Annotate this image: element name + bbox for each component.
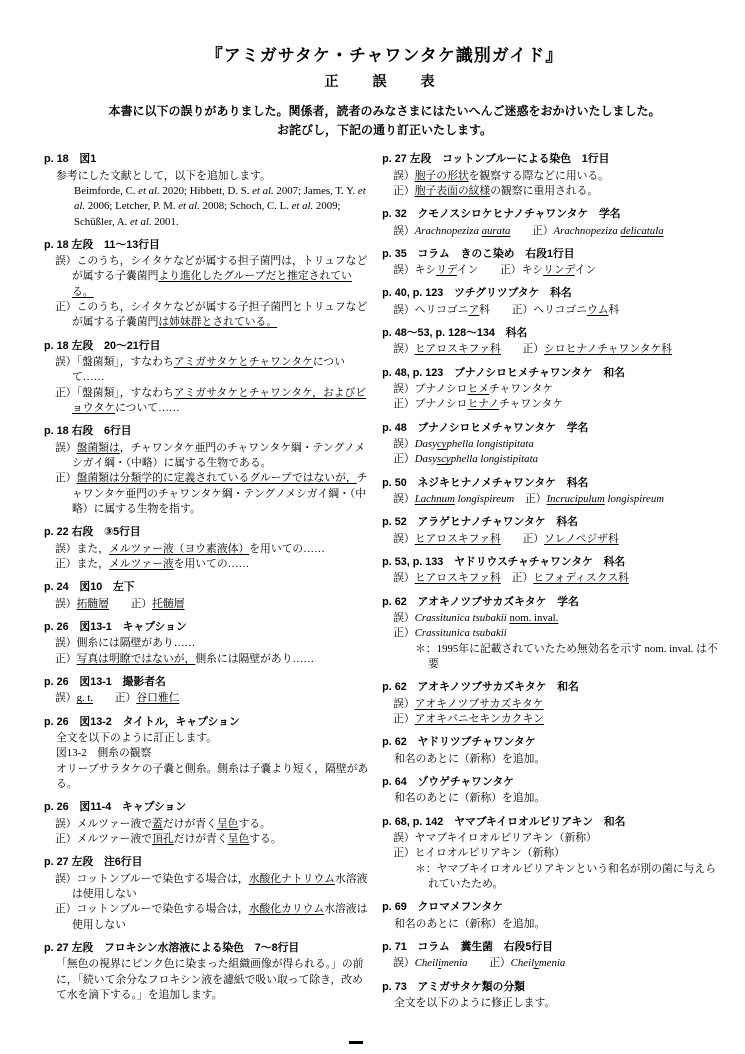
entry-line: 「無色の視界にピンク色に染まった組織画像が得られる。」の前に，「続いて余分なフロ… <box>44 957 372 1003</box>
text-segment: メルツァー液（ヨウ素液体） <box>109 543 249 555</box>
text-segment: 2006; Letcher, P. M. <box>85 200 178 212</box>
errata-entry: p. 35 コラム きのこ染め 右段1行目誤）キシリデイン 正）キシリンデイン <box>382 247 725 279</box>
text-segment: イン <box>575 264 597 276</box>
text-segment: ヒメ <box>467 383 489 395</box>
text-segment: 盤菌類は分類学的に定義されているグループではないが， <box>77 472 357 484</box>
text-segment: 誤）また， <box>55 543 109 555</box>
text-segment: 正）コットンブルーで染色する場合は， <box>55 903 249 915</box>
entry-line: 誤）盤菌類は，チャワンタケ亜門のチャワンタケ綱・テングノメシガイ綱・（中略）に属… <box>44 441 372 472</box>
entry-line: 誤）ヒアロスキファ科 正）シロヒナノチャワンタケ科 <box>382 342 725 357</box>
text-segment: scy <box>437 453 451 465</box>
text-segment: ＊：1995年に記載されていたため無効名を示す nom. inval. は不要 <box>415 643 718 670</box>
errata-entry: p. 62 アオキノツブサカズキタケ 和名誤）アオキノツブサカズキタケ正）アオキ… <box>382 680 725 727</box>
text-segment: の観察に重用される。 <box>490 185 598 197</box>
entry-heading: p. 40, p. 123 ツチグリツブタケ 科名 <box>382 286 725 301</box>
errata-page: 『アミガサタケ・チャワンタケ識別ガイド』 正 誤 表 本書に以下の誤りがありまし… <box>0 0 745 1019</box>
errata-entry: p. 27 左段 注6行目誤）コットンブルーで染色する場合は，水酸化ナトリウム水… <box>44 855 372 933</box>
entry-line: 誤）胞子の形状を観察する際などに用いる。 <box>382 169 725 184</box>
text-segment: 正）また， <box>55 558 109 570</box>
text-segment: リンデ <box>543 264 575 276</box>
text-segment: longispireum <box>455 493 514 505</box>
entry-line: 全文を以下のように修正します。 <box>382 996 725 1011</box>
entry-heading: p. 62 アオキノツブサカズキタケ 学名 <box>382 595 725 610</box>
entry-line: 正）Dasyscyphella longistipitata <box>382 452 725 467</box>
entry-heading: p. 62 ヤドリツブチャワンタケ <box>382 735 725 750</box>
intro-line-2: お詫びし，下記の通り訂正いたします。 <box>277 123 492 137</box>
text-segment: 蓋 <box>152 818 163 830</box>
entry-heading: p. 18 右段 6行目 <box>44 424 372 439</box>
errata-entry: p. 27 左段 コットンブルーによる染色 1行目誤）胞子の形状を観察する際など… <box>382 152 725 199</box>
text-segment: et al. <box>292 200 314 212</box>
errata-entry: p. 18 左段 20～21行目誤）「盤菌類」，すなわちアミガサタケとチャワンタ… <box>44 339 372 417</box>
text-segment: 拓髄層 <box>77 598 109 610</box>
intro-text: 本書に以下の誤りがありました。関係者，読者のみなさまにはたいへんご迷惑をおかけい… <box>44 102 725 139</box>
errata-entry: p. 62 ヤドリツブチャワンタケ和名のあとに（新称）を追加。 <box>382 735 725 767</box>
text-segment: 呈色 <box>217 818 239 830</box>
text-segment: 誤） <box>393 612 415 624</box>
entry-heading: p. 26 図13-2 タイトル，キャプション <box>44 715 372 730</box>
errata-entry: p. 50 ネジキヒナノメチャワンタケ 科名誤）Lachnum longispi… <box>382 476 725 508</box>
text-segment: 誤）「盤菌類」，すなわち <box>55 356 174 368</box>
entry-line: 誤）キシリデイン 正）キシリンデイン <box>382 263 725 278</box>
text-segment: イン 正）キシ <box>457 264 543 276</box>
text-segment: 誤） <box>55 598 77 610</box>
entry-heading: p. 26 図11-4 キャプション <box>44 800 372 815</box>
errata-entry: p. 22 右段 ③5行目誤）また，メルツァー液（ヨウ素液体）を用いての……正）… <box>44 525 372 572</box>
text-segment: 誤）ヘリコゴニ <box>393 304 468 316</box>
text-segment: Cheil <box>415 957 438 969</box>
entry-line: 図13-2 側糸の観察 <box>44 746 372 761</box>
errata-columns: p. 18 図1参考にした文献として，以下を追加します。Beimforde, C… <box>44 152 725 1019</box>
text-segment: ヒアロスキファ科 <box>415 572 501 584</box>
text-segment: 誤） <box>55 692 77 704</box>
entry-heading: p. 68, p. 142 ヤマブキイロオルビリアキン 和名 <box>382 815 725 830</box>
entry-line: 正）コットンブルーで染色する場合は，水酸化カリウム水溶液は使用しない <box>44 902 372 933</box>
text-segment: 誤） <box>393 225 415 237</box>
text-segment: 2007; James, T. Y. <box>274 185 358 197</box>
text-segment: 正） <box>510 225 553 237</box>
entry-heading: p. 27 左段 コットンブルーによる染色 1行目 <box>382 152 725 167</box>
errata-entry: p. 48 ブナノシロヒメチャワンタケ 学名誤）Dasycyphella lon… <box>382 421 725 468</box>
text-segment: 2008; Schoch, C. L. <box>200 200 292 212</box>
text-segment: ヒナノ <box>467 398 499 410</box>
text-segment: 写真は明瞭ではないが， <box>77 653 196 665</box>
text-segment: 谷口雅仁 <box>136 692 179 704</box>
text-segment: 誤） <box>393 572 415 584</box>
errata-entry: p. 48, p. 123 ブナノシロヒメチャワンタケ 和名誤）ブナノシロヒメチ… <box>382 366 725 413</box>
text-segment: 正） <box>514 493 546 505</box>
text-segment: 誤） <box>393 438 415 450</box>
text-segment: 水酸化カリウム <box>249 903 324 915</box>
entry-heading: p. 26 図13-1 キャプション <box>44 620 372 635</box>
text-segment: 頂孔 <box>152 833 174 845</box>
entry-line: 正）アオキバニセキンカクキン <box>382 712 725 727</box>
text-segment: だけが青く <box>174 833 228 845</box>
text-segment: 誤）キシ <box>393 264 436 276</box>
entry-line: 参考にした文献として，以下を追加します。 <box>44 169 372 184</box>
text-segment: ＊：ヤマブキイロオルビリアキンという和名が別の菌に与えられていたため。 <box>415 863 716 890</box>
text-segment: ア <box>468 304 479 316</box>
entry-line: 正）胞子表面の紋様の観察に重用される。 <box>382 184 725 199</box>
entry-line: 誤）また，メルツァー液（ヨウ素液体）を用いての…… <box>44 542 372 557</box>
entry-line: ＊：1995年に記載されていたため無効名を示す nom. inval. は不要 <box>382 642 725 673</box>
text-segment: 科 正）ヘリコゴニ <box>479 304 587 316</box>
text-segment: 誤）コットンブルーで染色する場合は， <box>55 873 249 885</box>
errata-label: 正 誤 表 <box>44 72 725 92</box>
entry-line: 誤）「盤菌類」，すなわちアミガサタケとチャワンタケについて…… <box>44 355 372 386</box>
text-segment: について…… <box>115 402 180 414</box>
errata-entry: p. 73 アミガサタケ類の分類全文を以下のように修正します。 <box>382 980 725 1012</box>
text-segment: ヒアロスキファ科 <box>415 343 501 355</box>
text-segment: 誤） <box>393 698 415 710</box>
text-segment: Dasy <box>415 453 437 465</box>
text-segment: 正） <box>501 533 544 545</box>
text-segment: menia <box>539 957 565 969</box>
entry-heading: p. 64 ゾウゲチャワンタケ <box>382 775 725 790</box>
text-segment: 側糸には隔壁があり…… <box>195 653 314 665</box>
text-segment: 「無色の視界にピンク色に染まった組織画像が得られる。」の前に，「続いて余分なフロ… <box>56 958 364 1001</box>
text-segment: Lachnum <box>415 493 455 505</box>
entry-line: 誤）ヒアロスキファ科 正）ヒフォディスクス科 <box>382 571 725 586</box>
entry-line: 正）メルツァー液で頂孔だけが青く呈色する。 <box>44 832 372 847</box>
text-segment: 正） <box>393 713 415 725</box>
text-segment: を用いての…… <box>249 543 325 555</box>
text-segment: 図13-2 側糸の観察 <box>56 747 151 759</box>
entry-heading: p. 48 ブナノシロヒメチャワンタケ 学名 <box>382 421 725 436</box>
entry-line: 和名のあとに（新称）を追加。 <box>382 791 725 806</box>
text-segment: aurata <box>482 225 511 237</box>
entry-line: 誤）拓髄層 正）托髄層 <box>44 597 372 612</box>
text-segment: 正） <box>393 185 415 197</box>
text-segment: チャワンタケ <box>489 383 553 395</box>
text-segment: et al. <box>178 200 200 212</box>
entry-line: 誤）Dasycyphella longistipitata <box>382 437 725 452</box>
entry-heading: p. 53, p. 133 ヤドリウスチャチャワンタケ 科名 <box>382 555 725 570</box>
entry-line: 誤）g. t. 正）谷口雅仁 <box>44 691 372 706</box>
right-column: p. 27 左段 コットンブルーによる染色 1行目誤）胞子の形状を観察する際など… <box>382 152 725 1019</box>
left-column: p. 18 図1参考にした文献として，以下を追加します。Beimforde, C… <box>44 152 372 1019</box>
entry-heading: p. 62 アオキノツブサカズキタケ 和名 <box>382 680 725 695</box>
entry-heading: p. 18 図1 <box>44 152 372 167</box>
intro-line-1: 本書に以下の誤りがありました。関係者，読者のみなさまにはたいへんご迷惑をおかけい… <box>108 104 660 118</box>
errata-entry: p. 26 図13-1 撮影者名誤）g. t. 正）谷口雅仁 <box>44 675 372 707</box>
text-segment: を観察する際などに用いる。 <box>469 170 609 182</box>
text-segment: 正）「盤菌類」，すなわち <box>55 387 174 399</box>
text-segment: 正） <box>393 453 415 465</box>
text-segment: 正）ヒイロオルビリアキン（新称） <box>393 847 565 859</box>
text-segment: リデ <box>436 264 457 276</box>
text-segment: シロヒナノチャワンタケ科 <box>544 343 672 355</box>
entry-heading: p. 73 アミガサタケ類の分類 <box>382 980 725 995</box>
errata-entry: p. 26 図13-1 キャプション誤）側糸には隔壁があり……正）写真は明瞭では… <box>44 620 372 667</box>
text-segment: 誤）側糸には隔壁があり…… <box>55 637 195 649</box>
entry-heading: p. 69 クロマメフンタケ <box>382 900 725 915</box>
errata-entry: p. 40, p. 123 ツチグリツブタケ 科名誤）ヘリコゴニア科 正）ヘリコ… <box>382 286 725 318</box>
entry-heading: p. 71 コラム 糞生菌 右段5行目 <box>382 940 725 955</box>
errata-entry: p. 68, p. 142 ヤマブキイロオルビリアキン 和名誤）ヤマブキイロオル… <box>382 815 725 893</box>
entry-line: オリーブサラタケの子嚢と側糸。側糸は子嚢より短く，隔壁がある。 <box>44 762 372 793</box>
text-segment: ヒアロスキファ科 <box>415 533 501 545</box>
entry-heading: p. 18 左段 11～13行目 <box>44 238 372 253</box>
text-segment: et al. <box>130 216 152 228</box>
entry-line: 誤）メルツァー液で蓋だけが青く呈色する。 <box>44 817 372 832</box>
text-segment: 托髄層 <box>152 598 184 610</box>
text-segment: 水酸化ナトリウム <box>249 873 335 885</box>
text-segment: する。 <box>249 833 281 845</box>
text-segment: Crassitunica tsubakii <box>415 612 510 624</box>
errata-entry: p. 48～53, p. 128～134 科名誤）ヒアロスキファ科 正）シロヒナ… <box>382 326 725 358</box>
text-segment: Cheil <box>511 957 534 969</box>
entry-heading: p. 52 アラゲヒナノチャワンタケ 科名 <box>382 515 725 530</box>
text-segment: 全文を以下のように修正します。 <box>394 997 555 1009</box>
errata-entry: p. 53, p. 133 ヤドリウスチャチャワンタケ 科名誤）ヒアロスキファ科… <box>382 555 725 587</box>
entry-line: 誤）コットンブルーで染色する場合は，水酸化ナトリウム水溶液は使用しない <box>44 872 372 903</box>
text-segment: 呈色 <box>228 833 250 845</box>
entry-heading: p. 48～53, p. 128～134 科名 <box>382 326 725 341</box>
text-segment: 正）ブナノシロ <box>393 398 467 410</box>
entry-line: 正）また，メルツァー液を用いての…… <box>44 557 372 572</box>
text-segment: する。 <box>238 818 270 830</box>
text-segment: メルツァー液 <box>109 558 174 570</box>
errata-entry: p. 18 右段 6行目誤）盤菌類は，チャワンタケ亜門のチャワンタケ綱・テングノ… <box>44 424 372 517</box>
entry-line: Beimforde, C. et al. 2020; Hibbett, D. S… <box>44 184 372 230</box>
text-segment: 科 <box>609 304 620 316</box>
entry-line: 正）ヒイロオルビリアキン（新称） <box>382 846 725 861</box>
text-segment: は姉妹群とされている。 <box>158 316 277 328</box>
entry-line: 誤）Lachnum longispireum 正）Incrucipulum lo… <box>382 492 725 507</box>
text-segment: Incrucipulum <box>547 493 605 505</box>
text-segment: 2020; Hibbett, D. S. <box>160 185 252 197</box>
text-segment: 和名のあとに（新称）を追加。 <box>394 792 545 804</box>
entry-line: 正）ブナノシロヒナノチャワンタケ <box>382 397 725 412</box>
errata-entry: p. 52 アラゲヒナノチャワンタケ 科名誤）ヒアロスキファ科 正）ソレノペジザ… <box>382 515 725 547</box>
text-segment: アオキノツブサカズキタケ <box>415 698 544 710</box>
errata-entry: p. 18 左段 11～13行目誤）このうち，シイタケなどが属する担子菌門は，ト… <box>44 238 372 331</box>
text-segment: だけが青く <box>163 818 217 830</box>
entry-line: 誤）ヘリコゴニア科 正）ヘリコゴニウム科 <box>382 303 725 318</box>
text-segment: ヒフォディスクス科 <box>533 572 629 584</box>
text-segment: 正） <box>55 653 77 665</box>
errata-entry: p. 26 図13-2 タイトル，キャプション全文を以下のように訂正します。図1… <box>44 715 372 793</box>
text-segment: Beimforde, C. <box>74 185 138 197</box>
text-segment: nom. inval. <box>509 612 558 624</box>
entry-heading: p. 27 左段 フロキシン水溶液による染色 7～8行目 <box>44 941 372 956</box>
entry-heading: p. 26 図13-1 撮影者名 <box>44 675 372 690</box>
entry-line: 誤）アオキノツブサカズキタケ <box>382 697 725 712</box>
text-segment: を用いての…… <box>174 558 250 570</box>
text-segment: 胞子表面の紋様 <box>415 185 491 197</box>
errata-entry: p. 69 クロマメフンタケ和名のあとに（新称）を追加。 <box>382 900 725 932</box>
entry-heading: p. 50 ネジキヒナノメチャワンタケ 科名 <box>382 476 725 491</box>
entry-line: 誤）ヒアロスキファ科 正）ソレノペジザ科 <box>382 532 725 547</box>
entry-heading: p. 35 コラム きのこ染め 右段1行目 <box>382 247 725 262</box>
entry-line: 和名のあとに（新称）を追加。 <box>382 917 725 932</box>
errata-entry: p. 27 左段 フロキシン水溶液による染色 7～8行目「無色の視界にピンク色に… <box>44 941 372 1003</box>
entry-line: 誤）Arachnopeziza aurata 正）Arachnopeziza d… <box>382 224 725 239</box>
entry-line: 正）このうち，シイタケなどが属する子担子菌門とトリュフなどが属する子嚢菌門は姉妹… <box>44 300 372 331</box>
entry-line: 正）Crassitunica tsubakii <box>382 626 725 641</box>
entry-line: 全文を以下のように訂正します。 <box>44 731 372 746</box>
text-segment: 誤） <box>393 343 415 355</box>
entry-line: 誤）このうち，シイタケなどが属する担子菌門は，トリュフなどが属する子嚢菌門より進… <box>44 254 372 300</box>
text-segment: 誤） <box>55 442 77 454</box>
text-segment: 誤）メルツァー液で <box>55 818 152 830</box>
entry-heading: p. 22 右段 ③5行目 <box>44 525 372 540</box>
text-segment: Dasy <box>415 438 437 450</box>
text-segment: ウム <box>587 304 609 316</box>
errata-entry: p. 64 ゾウゲチャワンタケ和名のあとに（新称）を追加。 <box>382 775 725 807</box>
text-segment: 誤） <box>393 533 415 545</box>
text-segment: チャワンタケ <box>499 398 563 410</box>
entry-heading: p. 32 クモノスシロケヒナノチャワンタケ 学名 <box>382 207 725 222</box>
text-segment: 誤）ヤマブキイロオルビリアキン（新称） <box>393 832 597 844</box>
text-segment: delicatula <box>620 225 663 237</box>
entry-heading: p. 27 左段 注6行目 <box>44 855 372 870</box>
text-segment: 誤） <box>393 170 415 182</box>
entry-line: ＊：ヤマブキイロオルビリアキンという和名が別の菌に与えられていたため。 <box>382 862 725 893</box>
errata-entry: p. 71 コラム 糞生菌 右段5行目誤）Cheilimenia 正）Cheil… <box>382 940 725 972</box>
text-segment: 和名のあとに（新称）を追加。 <box>394 918 545 930</box>
text-segment: 正） <box>393 627 415 639</box>
text-segment: オリーブサラタケの子嚢と側糸。側糸は子嚢より短く，隔壁がある。 <box>56 763 368 790</box>
entry-heading: p. 24 図10 左下 <box>44 580 372 595</box>
errata-entry: p. 62 アオキノツブサカズキタケ 学名誤）Crassitunica tsub… <box>382 595 725 673</box>
text-segment: menia <box>441 957 467 969</box>
entry-line: 誤）側糸には隔壁があり…… <box>44 636 372 651</box>
text-segment: アオキバニセキンカクキン <box>415 713 544 725</box>
entry-line: 正）盤菌類は分類学的に定義されているグループではないが，チャワンタケ亜門のチャワ… <box>44 471 372 517</box>
text-segment: et al. <box>138 185 160 197</box>
entry-line: 正）「盤菌類」，すなわちアミガサタケとチャワンタケ，およびビョウタケについて…… <box>44 386 372 417</box>
errata-entry: p. 24 図10 左下誤）拓髄層 正）托髄層 <box>44 580 372 612</box>
text-segment: 2001. <box>152 216 179 228</box>
text-segment: Arachnopeziza <box>554 225 621 237</box>
entry-line: 誤）Crassitunica tsubakii nom. inval. <box>382 611 725 626</box>
text-segment: ソレノペジザ科 <box>544 533 619 545</box>
text-segment: 正） <box>501 343 544 355</box>
text-segment: 誤） <box>393 957 415 969</box>
entry-heading: p. 48, p. 123 ブナノシロヒメチャワンタケ 和名 <box>382 366 725 381</box>
text-segment: 正） <box>55 472 77 484</box>
text-segment: longispireum <box>605 493 664 505</box>
text-segment: et al. <box>252 185 274 197</box>
text-segment: phella longistipitata <box>446 438 533 450</box>
text-segment: g. t. <box>77 692 94 704</box>
entry-line: 誤）Cheilimenia 正）Cheilymenia <box>382 956 725 971</box>
text-segment: 参考にした文献として，以下を追加します。 <box>56 170 271 182</box>
entry-line: 誤）ブナノシロヒメチャワンタケ <box>382 382 725 397</box>
entry-line: 正）写真は明瞭ではないが，側糸には隔壁があり…… <box>44 652 372 667</box>
text-segment: 誤）ブナノシロ <box>393 383 467 395</box>
text-segment: 盤菌類は <box>77 442 120 454</box>
text-segment: Arachnopeziza <box>415 225 482 237</box>
text-segment: Crassitunica tsubakii <box>415 627 507 639</box>
errata-entry: p. 32 クモノスシロケヒナノチャワンタケ 学名誤）Arachnopeziza… <box>382 207 725 239</box>
errata-entry: p. 26 図11-4 キャプション誤）メルツァー液で蓋だけが青く呈色する。正）… <box>44 800 372 847</box>
entry-line: 誤）ヤマブキイロオルビリアキン（新称） <box>382 831 725 846</box>
text-segment: 全文を以下のように訂正します。 <box>56 732 217 744</box>
page-title: 『アミガサタケ・チャワンタケ識別ガイド』 <box>44 44 725 68</box>
text-segment: 正）メルツァー液で <box>55 833 152 845</box>
text-segment: 誤） <box>393 493 415 505</box>
text-segment: 正） <box>109 598 152 610</box>
text-segment: アミガサタケとチャワンタケ <box>174 356 313 368</box>
entry-heading: p. 18 左段 20～21行目 <box>44 339 372 354</box>
text-segment: 正） <box>501 572 533 584</box>
errata-entry: p. 18 図1参考にした文献として，以下を追加します。Beimforde, C… <box>44 152 372 230</box>
text-segment: 正） <box>467 957 510 969</box>
text-segment: 和名のあとに（新称）を追加。 <box>394 753 545 765</box>
bottom-page-mark <box>349 1041 363 1044</box>
entry-line: 和名のあとに（新称）を追加。 <box>382 752 725 767</box>
text-segment: phella longistipitata <box>451 453 538 465</box>
text-segment: 正） <box>93 692 136 704</box>
text-segment: 胞子の形状 <box>415 170 469 182</box>
